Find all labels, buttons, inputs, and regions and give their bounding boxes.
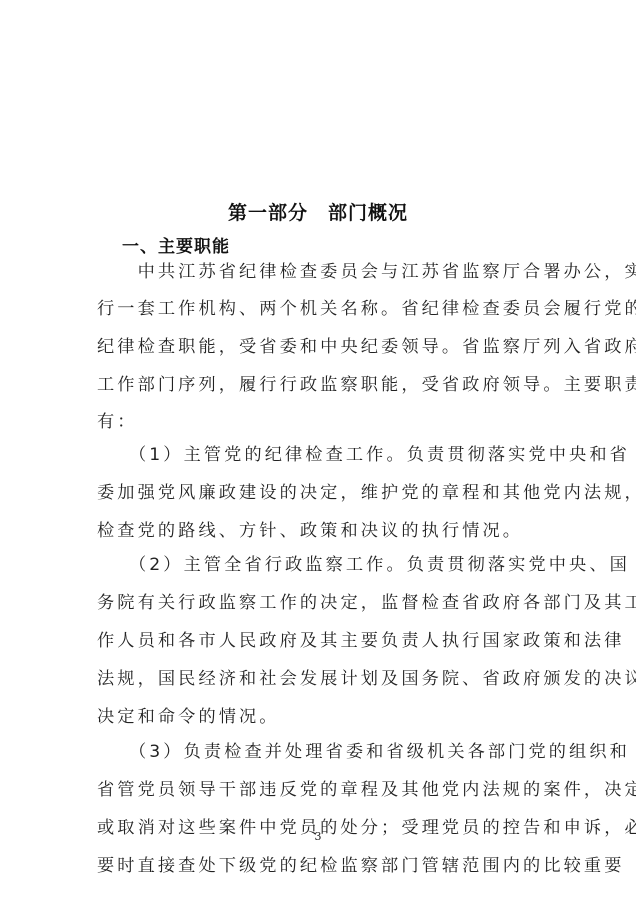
text-line: （2）主管全省行政监察工作。负责贯彻落实党中央、国 [97, 555, 557, 575]
text-line: 有： [97, 412, 557, 432]
text-line: 行一套工作机构、两个机关名称。省纪律检查委员会履行党的 [97, 299, 557, 319]
text-line: 工作部门序列，履行行政监察职能，受省政府领导。主要职责 [97, 375, 557, 395]
text-line: 省管党员领导干部违反党的章程及其他党内法规的案件，决定 [97, 780, 557, 800]
text-line: （3）负责检查并处理省委和省级机关各部门党的组织和 [97, 742, 557, 762]
document-page: 第一部分 部门概况 一、主要职能 中共江苏省纪律检查委员会与江苏省监察厅合署办公… [0, 0, 636, 900]
text-line: 作人员和各市人民政府及其主要负责人执行国家政策和法律 [97, 631, 557, 651]
text-line: （1）主管党的纪律检查工作。负责贯彻落实党中央和省 [97, 445, 557, 465]
section-heading: 一、主要职能 [122, 232, 230, 257]
page-number: 3 [0, 830, 636, 843]
text-line: 中共江苏省纪律检查委员会与江苏省监察厅合署办公，实 [97, 262, 557, 282]
page-title: 第一部分 部门概况 [0, 198, 636, 225]
text-line: 务院有关行政监察工作的决定，监督检查省政府各部门及其工 [97, 593, 557, 613]
text-line: 决定和命令的情况。 [97, 707, 557, 727]
text-line: 法规，国民经济和社会发展计划及国务院、省政府颁发的决议、 [97, 669, 557, 689]
text-line: 检查党的路线、方针、政策和决议的执行情况。 [97, 521, 557, 541]
text-line: 要时直接查处下级党的纪检监察部门管辖范围内的比较重要 [97, 856, 557, 876]
text-line: 委加强党风廉政建设的决定，维护党的章程和其他党内法规， [97, 483, 557, 503]
text-line: 纪律检查职能，受省委和中央纪委领导。省监察厅列入省政府 [97, 337, 557, 357]
